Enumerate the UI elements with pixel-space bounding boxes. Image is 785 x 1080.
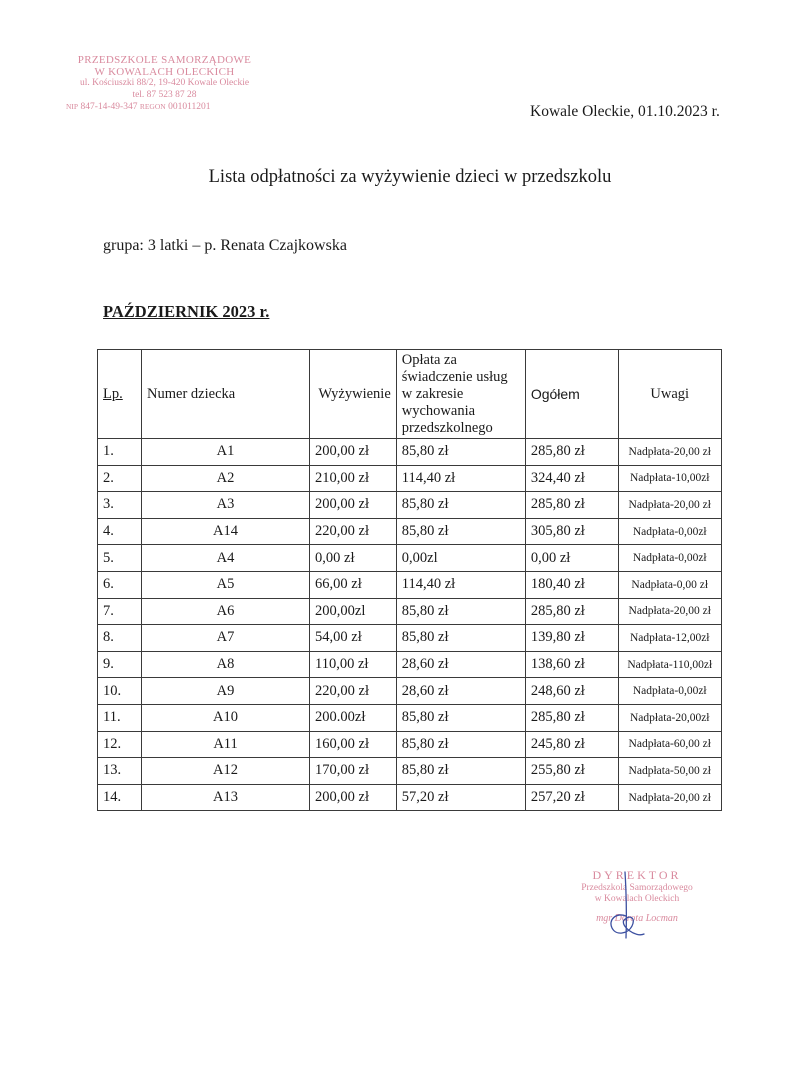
cell-lp: 11. (98, 704, 142, 731)
cell-fee: 85,80 zł (396, 625, 525, 652)
cell-total: 305,80 zł (525, 518, 618, 545)
cell-fee: 85,80 zł (396, 492, 525, 519)
cell-total: 0,00 zł (525, 545, 618, 572)
table-row: 5.A40,00 zł0,00zl0,00 złNadpłata-0,00zł (98, 545, 722, 572)
table-row: 9.A8110,00 zł28,60 zł138,60 złNadpłata-1… (98, 651, 722, 678)
cell-notes: Nadpłata-110,00zł (618, 651, 722, 678)
table-row: 2.A2210,00 zł114,40 zł324,40 złNadpłata-… (98, 465, 722, 492)
cell-total: 138,60 zł (525, 651, 618, 678)
cell-meals: 160,00 zł (310, 731, 397, 758)
stamp-line-2: W KOWALACH OLECKICH (62, 67, 267, 79)
cell-notes: Nadpłata-50,00 zł (618, 758, 722, 785)
cell-total: 245,80 zł (525, 731, 618, 758)
cell-notes: Nadpłata-0,00zł (618, 518, 722, 545)
table-row: 6.A566,00 zł114,40 zł180,40 złNadpłata-0… (98, 571, 722, 598)
header-fee: Opłata za świadczenie usług w zakresie w… (396, 350, 525, 439)
cell-fee: 57,20 zł (396, 784, 525, 811)
cell-notes: Nadpłata-60,00 zł (618, 731, 722, 758)
table-row: 8.A754,00 zł85,80 zł139,80 złNadpłata-12… (98, 625, 722, 652)
cell-lp: 3. (98, 492, 142, 519)
cell-fee: 85,80 zł (396, 758, 525, 785)
cell-child-number: A13 (142, 784, 310, 811)
cell-notes: Nadpłata-0,00zł (618, 678, 722, 705)
cell-child-number: A2 (142, 465, 310, 492)
cell-fee: 114,40 zł (396, 465, 525, 492)
nip-value: 847-14-49-347 (80, 102, 137, 112)
cell-lp: 4. (98, 518, 142, 545)
cell-meals: 210,00 zł (310, 465, 397, 492)
cell-meals: 170,00 zł (310, 758, 397, 785)
cell-total: 257,20 zł (525, 784, 618, 811)
cell-notes: Nadpłata-20,00 zł (618, 439, 722, 466)
table-row: 11.A10200.00zł85,80 zł285,80 złNadpłata-… (98, 704, 722, 731)
header-total: Ogółem (525, 350, 618, 439)
cell-lp: 9. (98, 651, 142, 678)
table-row: 1.A1200,00 zł85,80 zł285,80 złNadpłata-2… (98, 439, 722, 466)
cell-fee: 85,80 zł (396, 731, 525, 758)
cell-child-number: A9 (142, 678, 310, 705)
cell-fee: 85,80 zł (396, 598, 525, 625)
school-stamp: PRZEDSZKOLE SAMORZĄDOWE W KOWALACH OLECK… (62, 55, 267, 114)
header-lp: Lp. (98, 350, 142, 439)
cell-notes: Nadpłata-20,00 zł (618, 598, 722, 625)
cell-child-number: A3 (142, 492, 310, 519)
table-row: 13.A12170,00 zł85,80 zł255,80 złNadpłata… (98, 758, 722, 785)
cell-child-number: A7 (142, 625, 310, 652)
cell-total: 180,40 zł (525, 571, 618, 598)
cell-meals: 200,00 zł (310, 439, 397, 466)
table-row: 4.A14220,00 zł85,80 zł305,80 złNadpłata-… (98, 518, 722, 545)
cell-lp: 6. (98, 571, 142, 598)
cell-total: 324,40 zł (525, 465, 618, 492)
table-row: 3.A3200,00 zł85,80 zł285,80 złNadpłata-2… (98, 492, 722, 519)
cell-notes: Nadpłata-20,00zł (618, 704, 722, 731)
month-heading: PAŹDZIERNIK 2023 r. (103, 302, 269, 322)
cell-total: 285,80 zł (525, 598, 618, 625)
cell-meals: 200.00zł (310, 704, 397, 731)
cell-child-number: A14 (142, 518, 310, 545)
cell-lp: 10. (98, 678, 142, 705)
table-header-row: Lp. Numer dziecka Wyżywienie Opłata za ś… (98, 350, 722, 439)
cell-child-number: A6 (142, 598, 310, 625)
cell-meals: 200,00zl (310, 598, 397, 625)
cell-total: 285,80 zł (525, 704, 618, 731)
fees-table: Lp. Numer dziecka Wyżywienie Opłata za ś… (97, 349, 722, 811)
stamp-phone: tel. 87 523 87 28 (62, 90, 267, 102)
cell-notes: Nadpłata-10,00zł (618, 465, 722, 492)
cell-notes: Nadpłata-0,00zł (618, 545, 722, 572)
place-date: Kowale Oleckie, 01.10.2023 r. (530, 103, 720, 121)
regon-value: 001011201 (168, 102, 210, 112)
cell-fee: 28,60 zł (396, 678, 525, 705)
regon-label: REGON (140, 102, 166, 111)
header-child-number: Numer dziecka (142, 350, 310, 439)
cell-meals: 0,00 zł (310, 545, 397, 572)
cell-notes: Nadpłata-0,00 zł (618, 571, 722, 598)
cell-lp: 5. (98, 545, 142, 572)
cell-child-number: A5 (142, 571, 310, 598)
header-meals: Wyżywienie (310, 350, 397, 439)
cell-fee: 85,80 zł (396, 439, 525, 466)
cell-total: 255,80 zł (525, 758, 618, 785)
stamp-address: ul. Kościuszki 88/2, 19-420 Kowale Oleck… (62, 78, 267, 90)
cell-fee: 85,80 zł (396, 518, 525, 545)
cell-meals: 200,00 zł (310, 784, 397, 811)
table-row: 10.A9220,00 zł28,60 zł248,60 złNadpłata-… (98, 678, 722, 705)
cell-lp: 14. (98, 784, 142, 811)
stamp-ids: NIP 847-14-49-347 REGON 001011201 (62, 101, 267, 114)
cell-lp: 12. (98, 731, 142, 758)
cell-meals: 220,00 zł (310, 678, 397, 705)
cell-lp: 8. (98, 625, 142, 652)
cell-fee: 114,40 zł (396, 571, 525, 598)
nip-label: NIP (66, 102, 78, 111)
cell-child-number: A4 (142, 545, 310, 572)
cell-lp: 7. (98, 598, 142, 625)
cell-total: 285,80 zł (525, 492, 618, 519)
handwritten-signature-icon (592, 868, 652, 948)
document-title: Lista odpłatności za wyżywienie dzieci w… (0, 167, 785, 188)
cell-meals: 110,00 zł (310, 651, 397, 678)
cell-meals: 54,00 zł (310, 625, 397, 652)
cell-fee: 28,60 zł (396, 651, 525, 678)
table-row: 12.A11160,00 zł85,80 zł245,80 złNadpłata… (98, 731, 722, 758)
header-notes: Uwagi (618, 350, 722, 439)
cell-total: 139,80 zł (525, 625, 618, 652)
cell-total: 248,60 zł (525, 678, 618, 705)
cell-total: 285,80 zł (525, 439, 618, 466)
cell-notes: Nadpłata-20,00 zł (618, 784, 722, 811)
table-row: 14.A13200,00 zł57,20 zł257,20 złNadpłata… (98, 784, 722, 811)
cell-child-number: A11 (142, 731, 310, 758)
cell-meals: 66,00 zł (310, 571, 397, 598)
stamp-line-1: PRZEDSZKOLE SAMORZĄDOWE (62, 55, 267, 67)
cell-meals: 220,00 zł (310, 518, 397, 545)
cell-child-number: A8 (142, 651, 310, 678)
cell-fee: 0,00zl (396, 545, 525, 572)
cell-child-number: A12 (142, 758, 310, 785)
cell-lp: 2. (98, 465, 142, 492)
cell-fee: 85,80 zł (396, 704, 525, 731)
cell-meals: 200,00 zł (310, 492, 397, 519)
table-row: 7.A6200,00zl85,80 zł285,80 złNadpłata-20… (98, 598, 722, 625)
cell-lp: 1. (98, 439, 142, 466)
cell-child-number: A1 (142, 439, 310, 466)
cell-lp: 13. (98, 758, 142, 785)
cell-notes: Nadpłata-12,00zł (618, 625, 722, 652)
group-info: grupa: 3 latki – p. Renata Czajkowska (103, 237, 347, 255)
cell-child-number: A10 (142, 704, 310, 731)
cell-notes: Nadpłata-20,00 zł (618, 492, 722, 519)
